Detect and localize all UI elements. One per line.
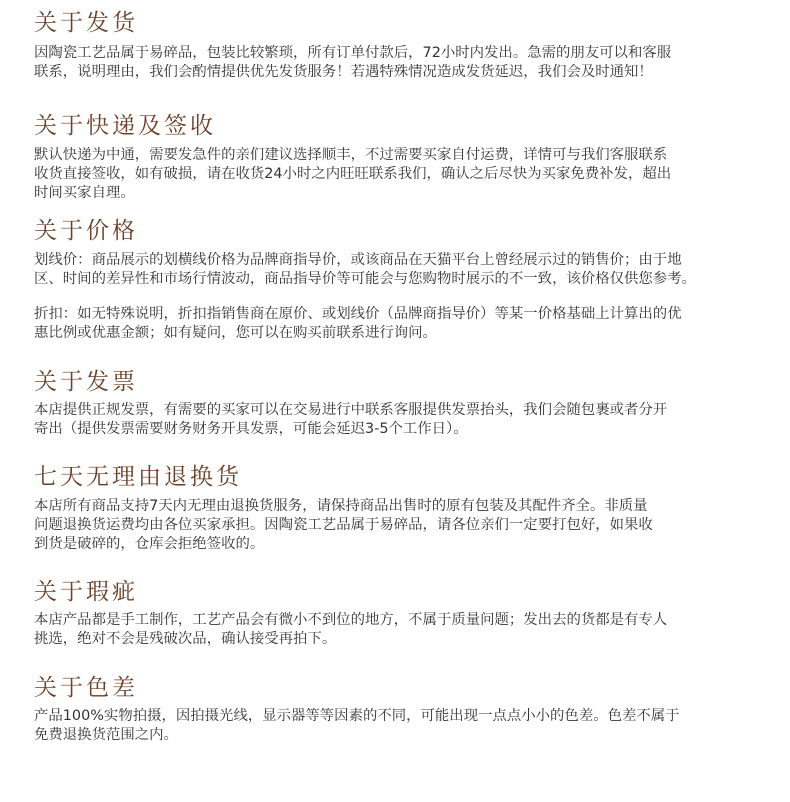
section-delivery: 关于快递及签收 默认快递为中通，需要发急件的亲们建议选择顺丰，不过需要买家自付运… bbox=[34, 111, 774, 203]
paragraph-line: 产品100%实物拍摄，因拍摄光线，显示器等等因素的不同，可能出现一点点小小的色差… bbox=[34, 707, 774, 726]
section-title: 七天无理由退换货 bbox=[34, 462, 774, 492]
section-invoice: 关于发票 本店提供正规发票，有需要的买家可以在交易进行中联系客服提供发票抬头，我… bbox=[34, 367, 774, 439]
paragraph-line: 寄出（提供发票需要财务财务开具发票，可能会延迟3-5个工作日）。 bbox=[34, 420, 774, 439]
section-title: 关于发货 bbox=[34, 8, 774, 38]
section-paragraph: 划线价：商品展示的划横线价格为品牌商指导价，或该商品在天猫平台上曾经展示过的销售… bbox=[34, 251, 774, 289]
section-paragraph: 本店提供正规发票，有需要的买家可以在交易进行中联系客服提供发票抬头，我们会随包裹… bbox=[34, 401, 774, 439]
paragraph-line: 本店所有商品支持7天内无理由退换货服务，请保持商品出售时的原有包装及其配件齐全。… bbox=[34, 497, 774, 516]
paragraph-line: 时间买家自理。 bbox=[34, 184, 774, 203]
section-paragraph: 本店所有商品支持7天内无理由退换货服务，请保持商品出售时的原有包装及其配件齐全。… bbox=[34, 497, 774, 554]
section-title: 关于快递及签收 bbox=[34, 111, 774, 141]
paragraph-line: 问题退换货运费均由各位买家承担。因陶瓷工艺品属于易碎品，请各位亲们一定要打包好，… bbox=[34, 516, 774, 535]
paragraph-line: 本店提供正规发票，有需要的买家可以在交易进行中联系客服提供发票抬头，我们会随包裹… bbox=[34, 401, 774, 420]
section-color-difference: 关于色差 产品100%实物拍摄，因拍摄光线，显示器等等因素的不同，可能出现一点点… bbox=[34, 673, 774, 745]
section-paragraph: 折扣：如无特殊说明，折扣指销售商在原价、或划线价（品牌商指导价）等某一价格基础上… bbox=[34, 305, 774, 343]
section-paragraph: 因陶瓷工艺品属于易碎品，包装比较繁琐，所有订单付款后，72小时内发出。急需的朋友… bbox=[34, 44, 774, 82]
paragraph-line: 联系，说明理由，我们会酌情提供优先发货服务！若遇特殊情况造成发货延迟，我们会及时… bbox=[34, 63, 774, 82]
paragraph-line: 惠比例或优惠金额；如有疑问，您可以在购买前联系进行询问。 bbox=[34, 324, 774, 343]
paragraph-line: 到货是破碎的，仓库会拒绝签收的。 bbox=[34, 535, 774, 554]
section-flaws: 关于瑕疵 本店产品都是手工制作，工艺产品会有微小不到位的地方，不属于质量问题；发… bbox=[34, 577, 774, 649]
paragraph-gap bbox=[34, 289, 774, 305]
paragraph-line: 区、时间的差异性和市场行情波动，商品指导价等可能会与您购物时展示的不一致，该价格… bbox=[34, 270, 774, 289]
section-paragraph: 产品100%实物拍摄，因拍摄光线，显示器等等因素的不同，可能出现一点点小小的色差… bbox=[34, 707, 774, 745]
section-paragraph: 本店产品都是手工制作，工艺产品会有微小不到位的地方，不属于质量问题；发出去的货都… bbox=[34, 611, 774, 649]
paragraph-line: 收货直接签收，如有破损，请在收货24小时之内旺旺联系我们，确认之后尽快为买家免费… bbox=[34, 165, 774, 184]
paragraph-line: 默认快递为中通，需要发急件的亲们建议选择顺丰，不过需要买家自付运费，详情可与我们… bbox=[34, 146, 774, 165]
paragraph-line: 划线价：商品展示的划横线价格为品牌商指导价，或该商品在天猫平台上曾经展示过的销售… bbox=[34, 251, 774, 270]
paragraph-line: 折扣：如无特殊说明，折扣指销售商在原价、或划线价（品牌商指导价）等某一价格基础上… bbox=[34, 305, 774, 324]
section-price: 关于价格 划线价：商品展示的划横线价格为品牌商指导价，或该商品在天猫平台上曾经展… bbox=[34, 216, 774, 343]
section-paragraph: 默认快递为中通，需要发急件的亲们建议选择顺丰，不过需要买家自付运费，详情可与我们… bbox=[34, 146, 774, 203]
paragraph-line: 挑选，绝对不会是残破次品，确认接受再拍下。 bbox=[34, 630, 774, 649]
section-title: 关于色差 bbox=[34, 673, 774, 703]
section-title: 关于瑕疵 bbox=[34, 577, 774, 607]
paragraph-line: 免费退换货范围之内。 bbox=[34, 726, 774, 745]
section-title: 关于发票 bbox=[34, 367, 774, 397]
paragraph-line: 本店产品都是手工制作，工艺产品会有微小不到位的地方，不属于质量问题；发出去的货都… bbox=[34, 611, 774, 630]
paragraph-line: 因陶瓷工艺品属于易碎品，包装比较繁琐，所有订单付款后，72小时内发出。急需的朋友… bbox=[34, 44, 774, 63]
section-title: 关于价格 bbox=[34, 216, 774, 246]
section-shipping: 关于发货 因陶瓷工艺品属于易碎品，包装比较繁琐，所有订单付款后，72小时内发出。… bbox=[34, 8, 774, 82]
section-returns: 七天无理由退换货 本店所有商品支持7天内无理由退换货服务，请保持商品出售时的原有… bbox=[34, 462, 774, 554]
